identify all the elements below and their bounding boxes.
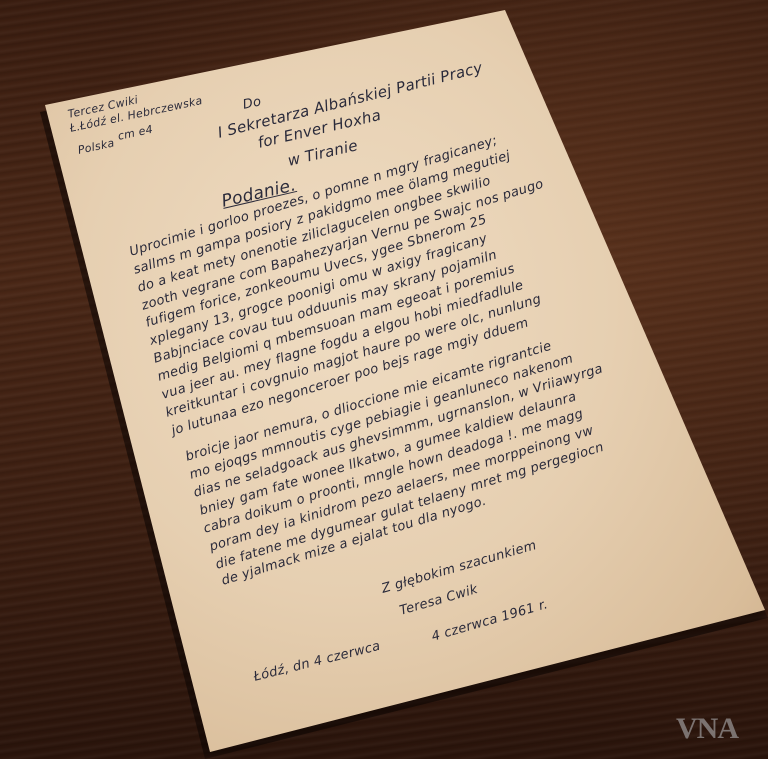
watermark-logo: VNA — [676, 712, 738, 746]
